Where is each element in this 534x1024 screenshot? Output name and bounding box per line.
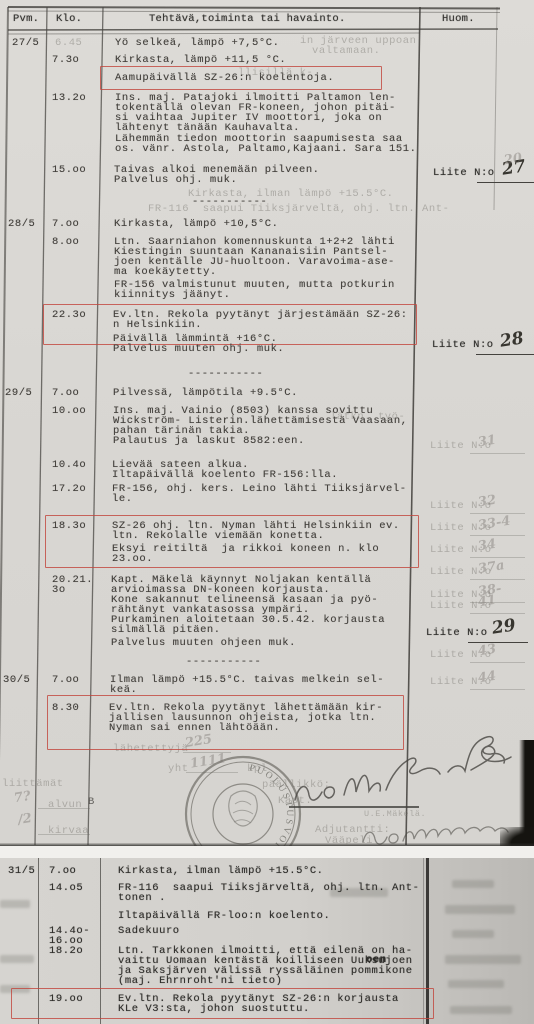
entry-line: Nyman sai ennen lähtöään. [109,723,280,733]
adjutant-rank-label: Vääpeli [325,836,373,846]
entry-time: 18.2o [49,946,83,956]
count-underline [186,772,238,773]
scan-gap [0,846,534,858]
attachment-note: Liite N:o [432,340,494,350]
attachment-underline [468,642,528,643]
attachment-note: Liite N:o [426,628,488,638]
entry-time: 14.4o- 16.oo [49,926,90,946]
ghost-text: lätkn. työ- [330,412,405,422]
entry-time: 10.oo [52,406,86,416]
column-header-pvm: Pvm. [13,14,39,24]
ghost-attachment-number: 20 [503,151,523,169]
entry-line: lähtenyt tänään Kauhavalta. [115,123,300,133]
entry-line: FR-156, ohj. kers. Leino lähti Tiiksjärv… [112,484,407,494]
ghost-text: llisillä k- [238,68,313,78]
column-header-task: Tehtävä,toiminta tai havainto. [149,14,346,24]
bleed-smudge [448,980,504,988]
entry-line: tonen . [118,893,166,903]
attachment-underline [476,354,534,355]
bleed-smudge [445,905,515,914]
entry-time: 18.3o [52,521,86,531]
ghost-text: liittämät [2,779,64,789]
entry-line: Sadekuuro [118,926,180,936]
entry-time: 7.oo [52,219,79,229]
entry-time: 19.oo [49,994,83,1004]
ghost-attachment-underline [470,579,525,580]
ghost-text: alvun [48,800,82,810]
entry-time: 8.oo [52,237,79,247]
entry-date: 28/5 [8,219,35,229]
entry-date: 29/5 [5,388,32,398]
entry-time: 15.oo [52,165,86,175]
entry-line: KLe V3:sta, johon suostuttu. [118,1004,310,1014]
commander-rank-label: Kapt. [278,796,312,806]
entry-line: os. vänr. Astola, Paltamo,Kajaani. Sara … [115,144,416,154]
entry-line: (maj. Ehrnroht'ni tieto) [118,976,282,986]
ghost-handwriting: 7? [13,789,32,806]
ghost-attachment-underline [470,535,525,536]
entry-line: silmällä pitäen. [111,625,221,635]
entry-separator: ----------- [188,369,263,379]
ghost-attachment-underline [470,453,525,454]
bleed-smudge [0,955,34,963]
entry-time: 10.4o [52,460,86,470]
entry-date: 30/5 [3,675,30,685]
ghost-attachment-number: 31 [477,433,497,451]
entry-line: Kirkasta, lämpö +10,5°C. [114,219,278,229]
attachment-underline [477,182,534,183]
bleed-smudge [445,955,521,964]
entry-time: 7.3o [52,55,79,65]
bleed-smudge [450,1006,512,1014]
entry-time: 7.oo [52,388,79,398]
ghost-attachment-underline [470,613,525,614]
ghost-text: Kirkasta, ilman lämpö +15.5°C. [188,189,394,199]
ghost-attachment-underline [470,662,525,663]
entry-line: n Helsinkiin. [113,320,202,330]
entry-time: 7.oo [49,866,76,876]
entry-date: 27/5 [12,38,39,48]
entry-line: ma koekäytetty. [114,267,217,277]
war-diary-scan: PUOLUSTUSVOIMAT [0,0,534,1024]
ghost-attachment-underline [470,513,525,514]
bleed-smudge [452,880,494,888]
commander-signature-line [289,806,419,808]
attachment-number: 29 [491,615,518,638]
entry-line: 23.oo. [112,554,153,564]
entry-time: 8.30 [52,703,79,713]
entry-line: keä. [110,685,137,695]
entry-line: le. [112,494,133,504]
ghost-text: FR-116 saapui Tiiksjärveltä, ohj. ltn. A… [148,204,449,214]
ghost-attachment-number: 43 [477,642,497,660]
entry-line: Ilman lämpö +15.5°C. taivas melkein sel- [110,675,384,685]
ghost-text: valtamaan. [312,46,381,56]
ghost-attachment-number: 44 [477,669,497,687]
entry-line: Palautus ja laskut 8582:een. [113,436,305,446]
ghost-text: B [88,797,95,807]
ghost-text: kirvaa [48,826,89,836]
entry-time: 22.3o [52,310,86,320]
attachment-note: Liite N:o [433,168,495,178]
attachment-number: 28 [499,328,526,351]
bleed-smudge [0,900,30,908]
entry-line: Palvelus muuten ohj. muk. [113,344,284,354]
entry-line: kiinnitys jäänyt. [114,290,230,300]
adjutant-title-label: Adjutantti: [315,825,390,835]
entry-line: ltn. Rekolalle viemään konetta. [112,531,324,541]
ghost-text: 6.45 [55,38,82,48]
ghost-handwriting: /2 [17,811,33,828]
commander-title-label: päällikkö: [262,780,331,790]
entry-line: Palvelus muuten ohjeen muk. [111,638,296,648]
ghost-attachment-underline [470,689,525,690]
entry-time: 14.o5 [49,883,83,893]
column-header-klo: Klo. [56,14,82,24]
entry-date: 31/5 [8,866,35,876]
entry-time: 17.2o [52,484,86,494]
entry-line: Kirkasta, ilman lämpö +15.5°C. [118,866,324,876]
entry-time: 7.oo [52,675,79,685]
overstrike-text: oen [366,955,387,965]
entry-line: Kirkasta, lämpö +11,5 °C. [115,55,286,65]
entry-line: Pilvessä, lämpötila +9.5°C. [113,388,298,398]
commander-typed-name: U.E.Mäkelä. [364,809,426,819]
entry-line: Palvelus ohj. muk. [114,175,237,185]
sent-unit-label: kpl [247,764,268,774]
ghost-attachment-number: 32 [477,493,497,511]
ghost-attachment-number: 41 [477,593,497,611]
entry-line: Yö selkeä, lämpö +7,5°C. [115,38,279,48]
bleed-smudge [452,930,494,938]
column-header-huom: Huom. [442,14,475,24]
entry-separator: ----------- [186,657,261,667]
entry-time: 20.21. 3o [52,575,93,595]
entry-time: 13.2o [52,93,86,103]
entry-line: Iltapäivällä FR-loo:n koelento. [118,911,330,921]
ghost-attachment-number: 34 [477,537,497,555]
entry-line: Iltapäivällä koelento FR-156:lla. [112,470,338,480]
